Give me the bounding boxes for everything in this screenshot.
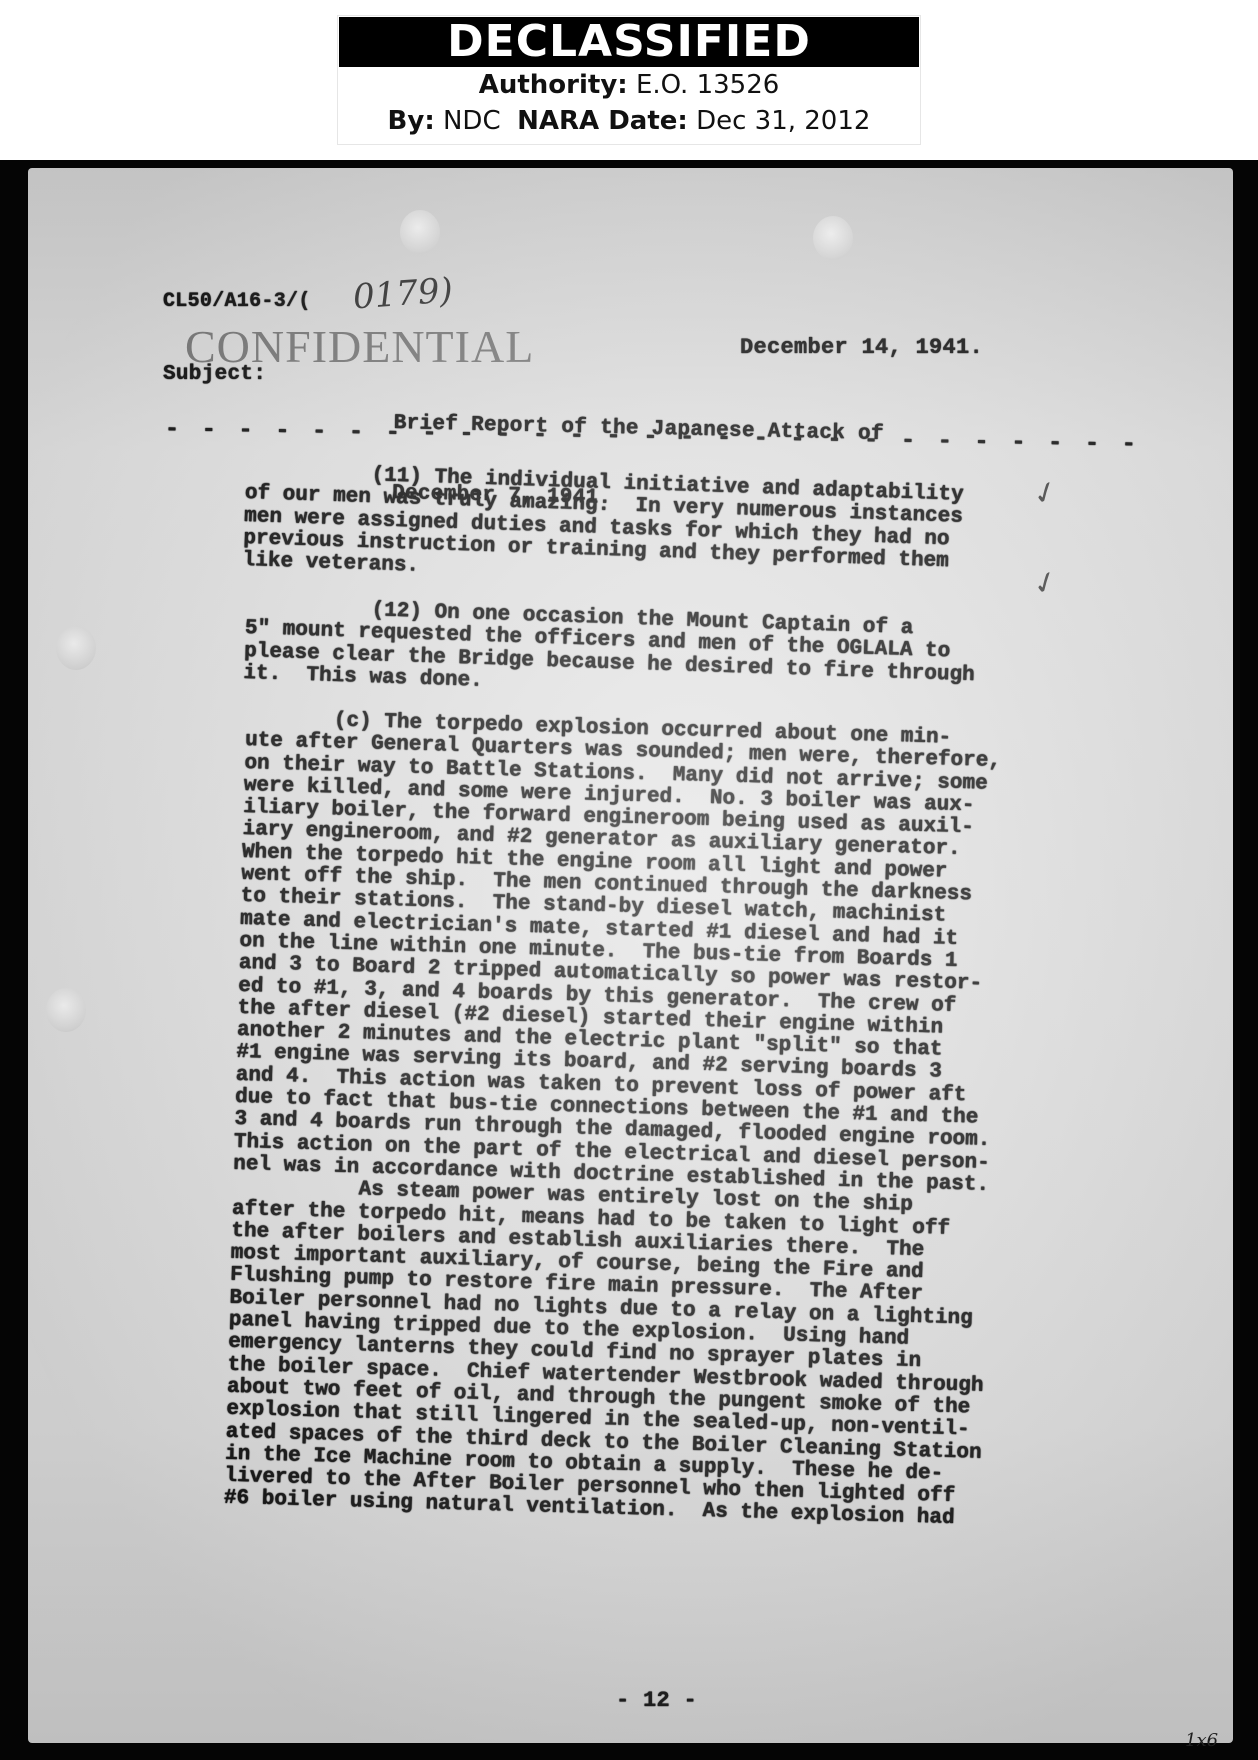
paragraph-11: (11) The individual initiative and adapt… <box>242 461 1085 600</box>
punch-hole <box>46 988 86 1032</box>
subject-label: Subject: <box>163 363 266 386</box>
authority-label: Authority: <box>479 70 628 100</box>
by-value: NDC <box>443 106 501 136</box>
stamp-authority: Authority: E.O. 13526 <box>338 67 920 103</box>
by-label: By: <box>388 106 435 136</box>
document-date: December 14, 1941. <box>740 335 983 360</box>
corner-handwriting: 1x6 <box>1185 1730 1218 1751</box>
nara-date-label: NARA Date: <box>517 106 688 136</box>
file-reference: CL50/A16-3/( <box>163 290 311 313</box>
document-page: CL50/A16-3/( 0179) CONFIDENTIAL December… <box>28 168 1233 1743</box>
handwritten-reference: 0179) <box>352 271 454 318</box>
page-number: - 12 - <box>616 1688 697 1713</box>
declassified-stamp: DECLASSIFIED Authority: E.O. 13526 By: N… <box>337 15 921 145</box>
stamp-by-date: By: NDC NARA Date: Dec 31, 2012 <box>338 103 920 139</box>
nara-date-value: Dec 31, 2012 <box>696 106 870 136</box>
paragraph-12: (12) On one occasion the Mount Captain o… <box>243 596 1085 713</box>
punch-hole <box>400 210 440 254</box>
punch-hole <box>56 626 96 670</box>
punch-hole <box>813 216 853 260</box>
stamp-title: DECLASSIFIED <box>339 17 919 67</box>
authority-value: E.O. 13526 <box>636 70 779 100</box>
paragraph-c: (c) The torpedo explosion occurred about… <box>224 708 1086 1534</box>
scanned-page-background: CL50/A16-3/( 0179) CONFIDENTIAL December… <box>0 160 1258 1760</box>
